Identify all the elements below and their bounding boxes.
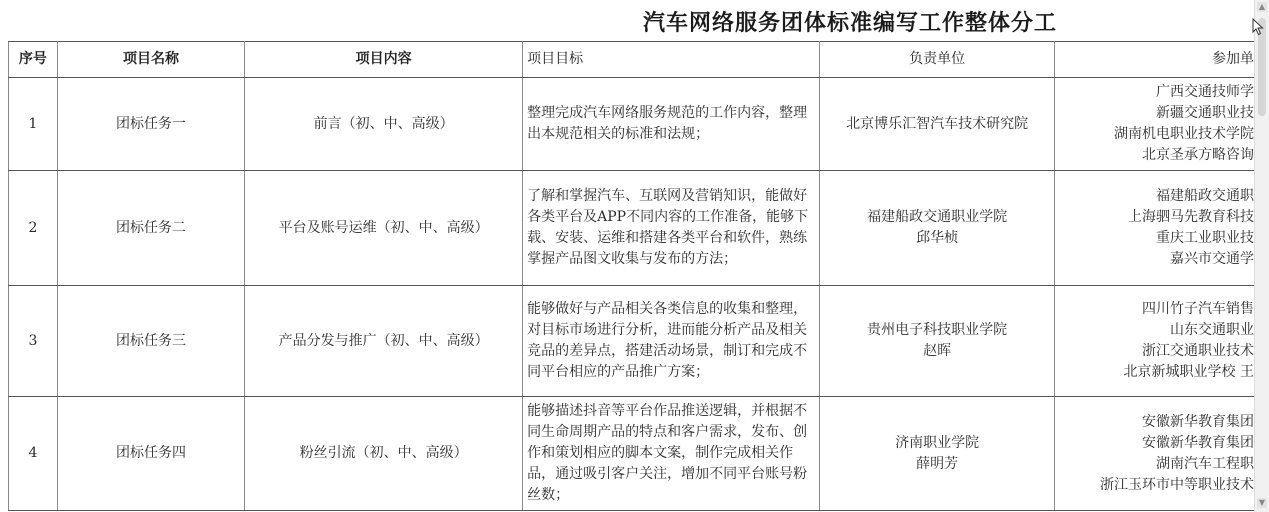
participant: 上海驷马先教育科技: [1055, 207, 1254, 228]
unit-person: 邱华桢: [820, 228, 1054, 249]
row-participants: 四川竹子汽车销售 山东交通职业 浙江交通职业技术 北京新城职业学校 王: [1055, 286, 1255, 397]
row-participants: 安徽新华教育集团 安徽新华教育集团 湖南汽车工程职 浙江玉环市中等职业技术: [1055, 397, 1255, 511]
header-unit: 负责单位: [820, 42, 1055, 78]
unit-org: 济南职业学院: [820, 433, 1054, 454]
unit-org: 福建船政交通职业学院: [820, 207, 1054, 228]
header-participants: 参加单: [1055, 42, 1255, 78]
row-unit: 福建船政交通职业学院 邱华桢: [820, 171, 1055, 286]
participant: 嘉兴市交通学: [1055, 249, 1254, 270]
vertical-scrollbar[interactable]: ▲ ▼: [1254, 0, 1269, 512]
participant: 湖南机电职业技术学院: [1055, 124, 1254, 145]
table-row: 4 团标任务四 粉丝引流（初、中、高级） 能够描述抖音等平台作品推送逻辑，并根据…: [9, 397, 1255, 511]
table-row: 2 团标任务二 平台及账号运维（初、中、高级） 了解和掌握汽车、互联网及营销知识…: [9, 171, 1255, 286]
document-title: 汽车网络服务团体标准编写工作整体分工: [560, 6, 1140, 37]
participant: 北京圣承方略咨询: [1055, 145, 1254, 166]
unit-person: 薛明芳: [820, 454, 1054, 475]
row-name: 团标任务四: [57, 397, 244, 511]
participant: 广西交通技师学: [1055, 82, 1254, 103]
row-name: 团标任务二: [57, 171, 244, 286]
row-content: 产品分发与推广（初、中、高级）: [245, 286, 523, 397]
header-goal: 项目目标: [523, 42, 820, 78]
participant: 四川竹子汽车销售: [1055, 299, 1254, 320]
unit-org: 北京博乐汇智汽车技术研究院: [820, 114, 1054, 135]
participant: 安徽新华教育集团: [1055, 433, 1254, 454]
row-num: 1: [9, 78, 58, 171]
row-unit: 济南职业学院 薛明芳: [820, 397, 1055, 511]
table-row: 1 团标任务一 前言（初、中、高级） 整理完成汽车网络服务规范的工作内容，整理出…: [9, 78, 1255, 171]
row-goal: 了解和掌握汽车、互联网及营销知识，能做好各类平台及APP不同内容的工作准备，能够…: [523, 171, 820, 286]
participant: 山东交通职业: [1055, 320, 1254, 341]
division-table: 序号 项目名称 项目内容 项目目标 负责单位 参加单 1 团标任务一 前言（初、…: [8, 41, 1255, 511]
unit-person: 赵晖: [820, 341, 1054, 362]
row-content: 粉丝引流（初、中、高级）: [245, 397, 523, 511]
row-num: 3: [9, 286, 58, 397]
participant: 湖南汽车工程职: [1055, 454, 1254, 475]
row-content: 前言（初、中、高级）: [245, 78, 523, 171]
scroll-down-arrow-icon[interactable]: ▼: [1257, 498, 1267, 508]
participant: 北京新城职业学校 王: [1055, 362, 1254, 383]
row-content: 平台及账号运维（初、中、高级）: [245, 171, 523, 286]
header-content: 项目内容: [245, 42, 523, 78]
participant: 浙江玉环市中等职业技术: [1055, 475, 1254, 496]
document-page: 汽车网络服务团体标准编写工作整体分工 序号 项目名称 项目内容 项目目标 负责单…: [0, 0, 1255, 512]
unit-org: 贵州电子科技职业学院: [820, 320, 1054, 341]
table-header-row: 序号 项目名称 项目内容 项目目标 负责单位 参加单: [9, 42, 1255, 78]
participant: 浙江交通职业技术: [1055, 341, 1254, 362]
header-name: 项目名称: [57, 42, 244, 78]
mouse-cursor-icon: [1252, 18, 1264, 36]
row-unit: 北京博乐汇智汽车技术研究院: [820, 78, 1055, 171]
participant: 重庆工业职业技: [1055, 228, 1254, 249]
row-num: 2: [9, 171, 58, 286]
table-row: 3 团标任务三 产品分发与推广（初、中、高级） 能够做好与产品相关各类信息的收集…: [9, 286, 1255, 397]
row-goal: 能够描述抖音等平台作品推送逻辑，并根据不同生命周期产品的特点和客户需求，发布、创…: [523, 397, 820, 511]
row-num: 4: [9, 397, 58, 511]
row-participants: 福建船政交通职 上海驷马先教育科技 重庆工业职业技 嘉兴市交通学: [1055, 171, 1255, 286]
header-num: 序号: [9, 42, 58, 78]
scroll-up-arrow-icon[interactable]: ▲: [1257, 2, 1267, 12]
participant: 福建船政交通职: [1055, 186, 1254, 207]
row-name: 团标任务三: [57, 286, 244, 397]
row-name: 团标任务一: [57, 78, 244, 171]
row-goal: 整理完成汽车网络服务规范的工作内容，整理出本规范相关的标准和法规；: [523, 78, 820, 171]
row-goal: 能够做好与产品相关各类信息的收集和整理，对目标市场进行分析，进而能分析产品及相关…: [523, 286, 820, 397]
participant: 安徽新华教育集团: [1055, 412, 1254, 433]
participant: 新疆交通职业技: [1055, 103, 1254, 124]
row-participants: 广西交通技师学 新疆交通职业技 湖南机电职业技术学院 北京圣承方略咨询: [1055, 78, 1255, 171]
row-unit: 贵州电子科技职业学院 赵晖: [820, 286, 1055, 397]
